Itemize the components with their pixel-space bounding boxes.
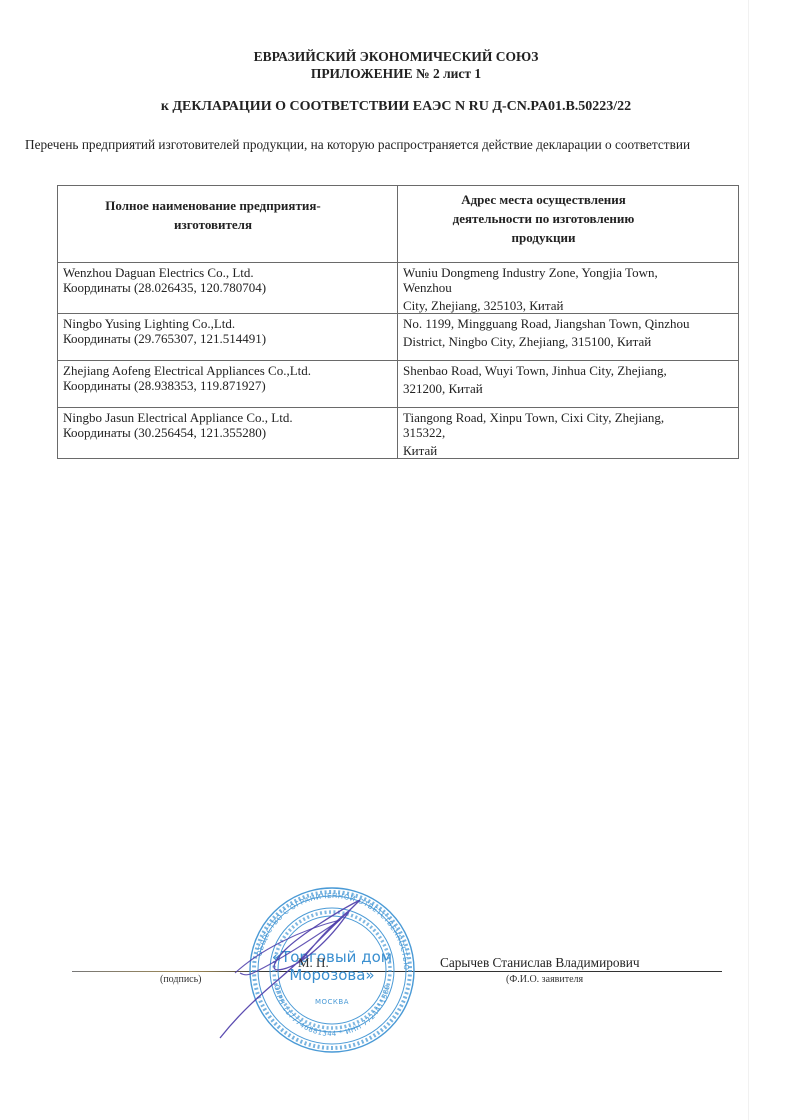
address-line: District, Ningbo City, Zhejiang, 315100,… bbox=[403, 334, 734, 349]
address-line: Wenzhou bbox=[403, 280, 734, 295]
stamp-title-line1: «Торговый дом bbox=[272, 948, 392, 966]
column-header-address-line3: продукции bbox=[453, 228, 635, 247]
address-line: Wuniu Dongmeng Industry Zone, Yongjia To… bbox=[403, 265, 734, 280]
address-cell: Tiangong Road, Xinpu Town, Cixi City, Zh… bbox=[398, 408, 739, 459]
manufacturer-coords: Координаты (28.026435, 120.780704) bbox=[63, 280, 393, 295]
table-row: Ningbo Yusing Lighting Co.,Ltd. Координа… bbox=[58, 314, 739, 361]
stamp-city: МОСКВА bbox=[315, 998, 349, 1006]
table-row: Wenzhou Daguan Electrics Co., Ltd. Коорд… bbox=[58, 263, 739, 314]
table-row: Ningbo Jasun Electrical Appliance Co., L… bbox=[58, 408, 739, 459]
applicant-name: Сарычев Станислав Владимирович bbox=[440, 955, 640, 971]
signature-caption: (подпись) bbox=[160, 974, 202, 985]
address-line: Shenbao Road, Wuyi Town, Jinhua City, Zh… bbox=[403, 363, 734, 378]
column-header-name-line2: изготовителя bbox=[105, 215, 320, 234]
manufacturer-coords: Координаты (28.938353, 119.871927) bbox=[63, 378, 393, 393]
manufacturer-name: Ningbo Yusing Lighting Co.,Ltd. bbox=[63, 316, 393, 331]
manufacturer-name: Ningbo Jasun Electrical Appliance Co., L… bbox=[63, 410, 393, 425]
manufacturer-cell: Zhejiang Aofeng Electrical Appliances Co… bbox=[58, 361, 398, 408]
manufacturer-cell: Ningbo Jasun Electrical Appliance Co., L… bbox=[58, 408, 398, 459]
page-edge bbox=[748, 0, 749, 1120]
address-line: 321200, Китай bbox=[403, 381, 734, 396]
address-line: City, Zhejiang, 325103, Китай bbox=[403, 298, 734, 313]
address-cell: Shenbao Road, Wuyi Town, Jinhua City, Zh… bbox=[398, 361, 739, 408]
manufacturer-coords: Координаты (30.256454, 121.355280) bbox=[63, 425, 393, 440]
intro-paragraph: Перечень предприятий изготовителей проду… bbox=[25, 136, 725, 153]
table-row: Zhejiang Aofeng Electrical Appliances Co… bbox=[58, 361, 739, 408]
manufacturer-coords: Координаты (29.765307, 121.514491) bbox=[63, 331, 393, 346]
applicant-caption: (Ф.И.О. заявителя bbox=[506, 974, 583, 985]
column-header-address-line2: деятельности по изготовлению bbox=[453, 209, 635, 228]
address-line: Tiangong Road, Xinpu Town, Cixi City, Zh… bbox=[403, 410, 734, 425]
column-header-address: Адрес места осуществления деятельности п… bbox=[398, 186, 739, 263]
address-line: No. 1199, Mingguang Road, Jiangshan Town… bbox=[403, 316, 734, 331]
column-header-address-line1: Адрес места осуществления bbox=[453, 190, 635, 209]
manufacturer-name: Zhejiang Aofeng Electrical Appliances Co… bbox=[63, 363, 393, 378]
applicant-name-line bbox=[437, 971, 722, 972]
stamp-ids-text: ОГРН 1177746881344 * ИНН 7724411339 bbox=[272, 984, 391, 1038]
address-line: 315322, bbox=[403, 425, 734, 440]
column-header-name: Полное наименование предприятия- изготов… bbox=[58, 186, 398, 263]
address-line: Китай bbox=[403, 443, 734, 458]
union-title: ЕВРАЗИЙСКИЙ ЭКОНОМИЧЕСКИЙ СОЮЗ bbox=[0, 49, 792, 65]
manufacturer-cell: Ningbo Yusing Lighting Co.,Ltd. Координа… bbox=[58, 314, 398, 361]
manufacturer-name: Wenzhou Daguan Electrics Co., Ltd. bbox=[63, 265, 393, 280]
stamp-place-mark: М. П. bbox=[298, 955, 329, 971]
column-header-name-line1: Полное наименование предприятия- bbox=[105, 196, 320, 215]
declaration-number: к ДЕКЛАРАЦИИ О СООТВЕТСТВИИ ЕАЭС N RU Д-… bbox=[0, 99, 792, 115]
manufacturer-cell: Wenzhou Daguan Electrics Co., Ltd. Коорд… bbox=[58, 263, 398, 314]
table-header-row: Полное наименование предприятия- изготов… bbox=[58, 186, 739, 263]
address-cell: No. 1199, Mingguang Road, Jiangshan Town… bbox=[398, 314, 739, 361]
appendix-title: ПРИЛОЖЕНИЕ № 2 лист 1 bbox=[0, 66, 792, 82]
manufacturers-table: Полное наименование предприятия- изготов… bbox=[57, 185, 739, 459]
address-cell: Wuniu Dongmeng Industry Zone, Yongjia To… bbox=[398, 263, 739, 314]
